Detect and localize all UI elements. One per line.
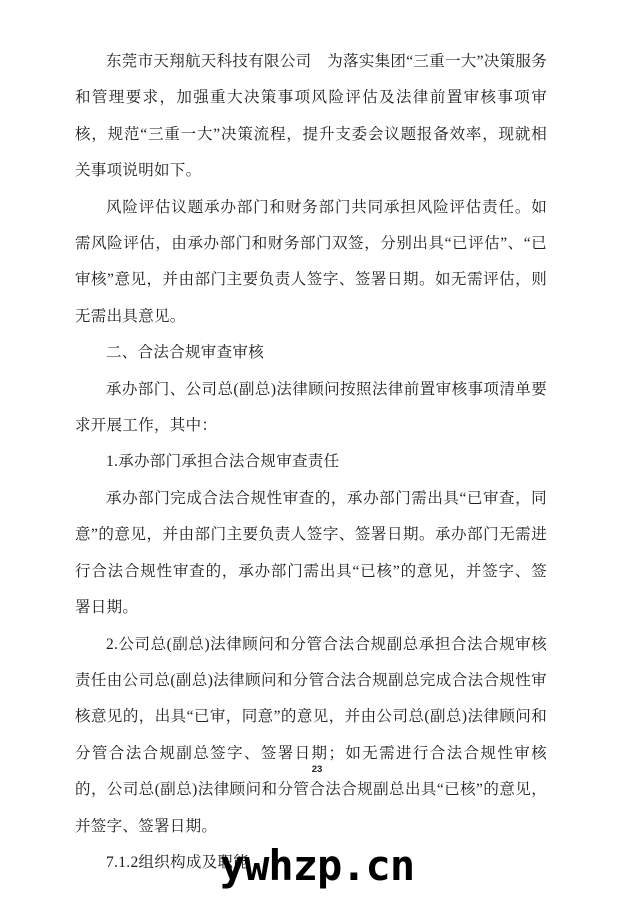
document-page: 东莞市天翔航天科技有限公司 为落实集团“三重一大”决策服务和管理要求，加强重大决… xyxy=(0,0,634,897)
subheading-item-1: 1.承办部门承担合法合规审查责任 xyxy=(75,444,547,480)
page-number: 23 xyxy=(0,764,634,775)
paragraph-intro: 东莞市天翔航天科技有限公司 为落实集团“三重一大”决策服务和管理要求，加强重大决… xyxy=(75,44,547,190)
paragraph-risk-assessment: 风险评估议题承办部门和财务部门共同承担风险评估责任。如需风险评估，由承办部门和财… xyxy=(75,190,547,336)
section-heading-compliance-review: 二、合法合规审查审核 xyxy=(75,335,547,371)
paragraph-review-requirements: 承办部门、公司总(副总)法律顾问按照法律前置审核事项清单要求开展工作，其中： xyxy=(75,372,547,445)
watermark-text: ywhzp.cn xyxy=(0,841,634,890)
paragraph-item-1-detail: 承办部门完成合法合规性审查的，承办部门需出具“已审查，同意”的意见，并由部门主要… xyxy=(75,481,547,627)
document-body: 东莞市天翔航天科技有限公司 为落实集团“三重一大”决策服务和管理要求，加强重大决… xyxy=(75,44,547,881)
paragraph-item-2-detail: 2.公司总(副总)法律顾问和分管合法合规副总承担合法合规审核责任由公司总(副总)… xyxy=(75,627,547,845)
